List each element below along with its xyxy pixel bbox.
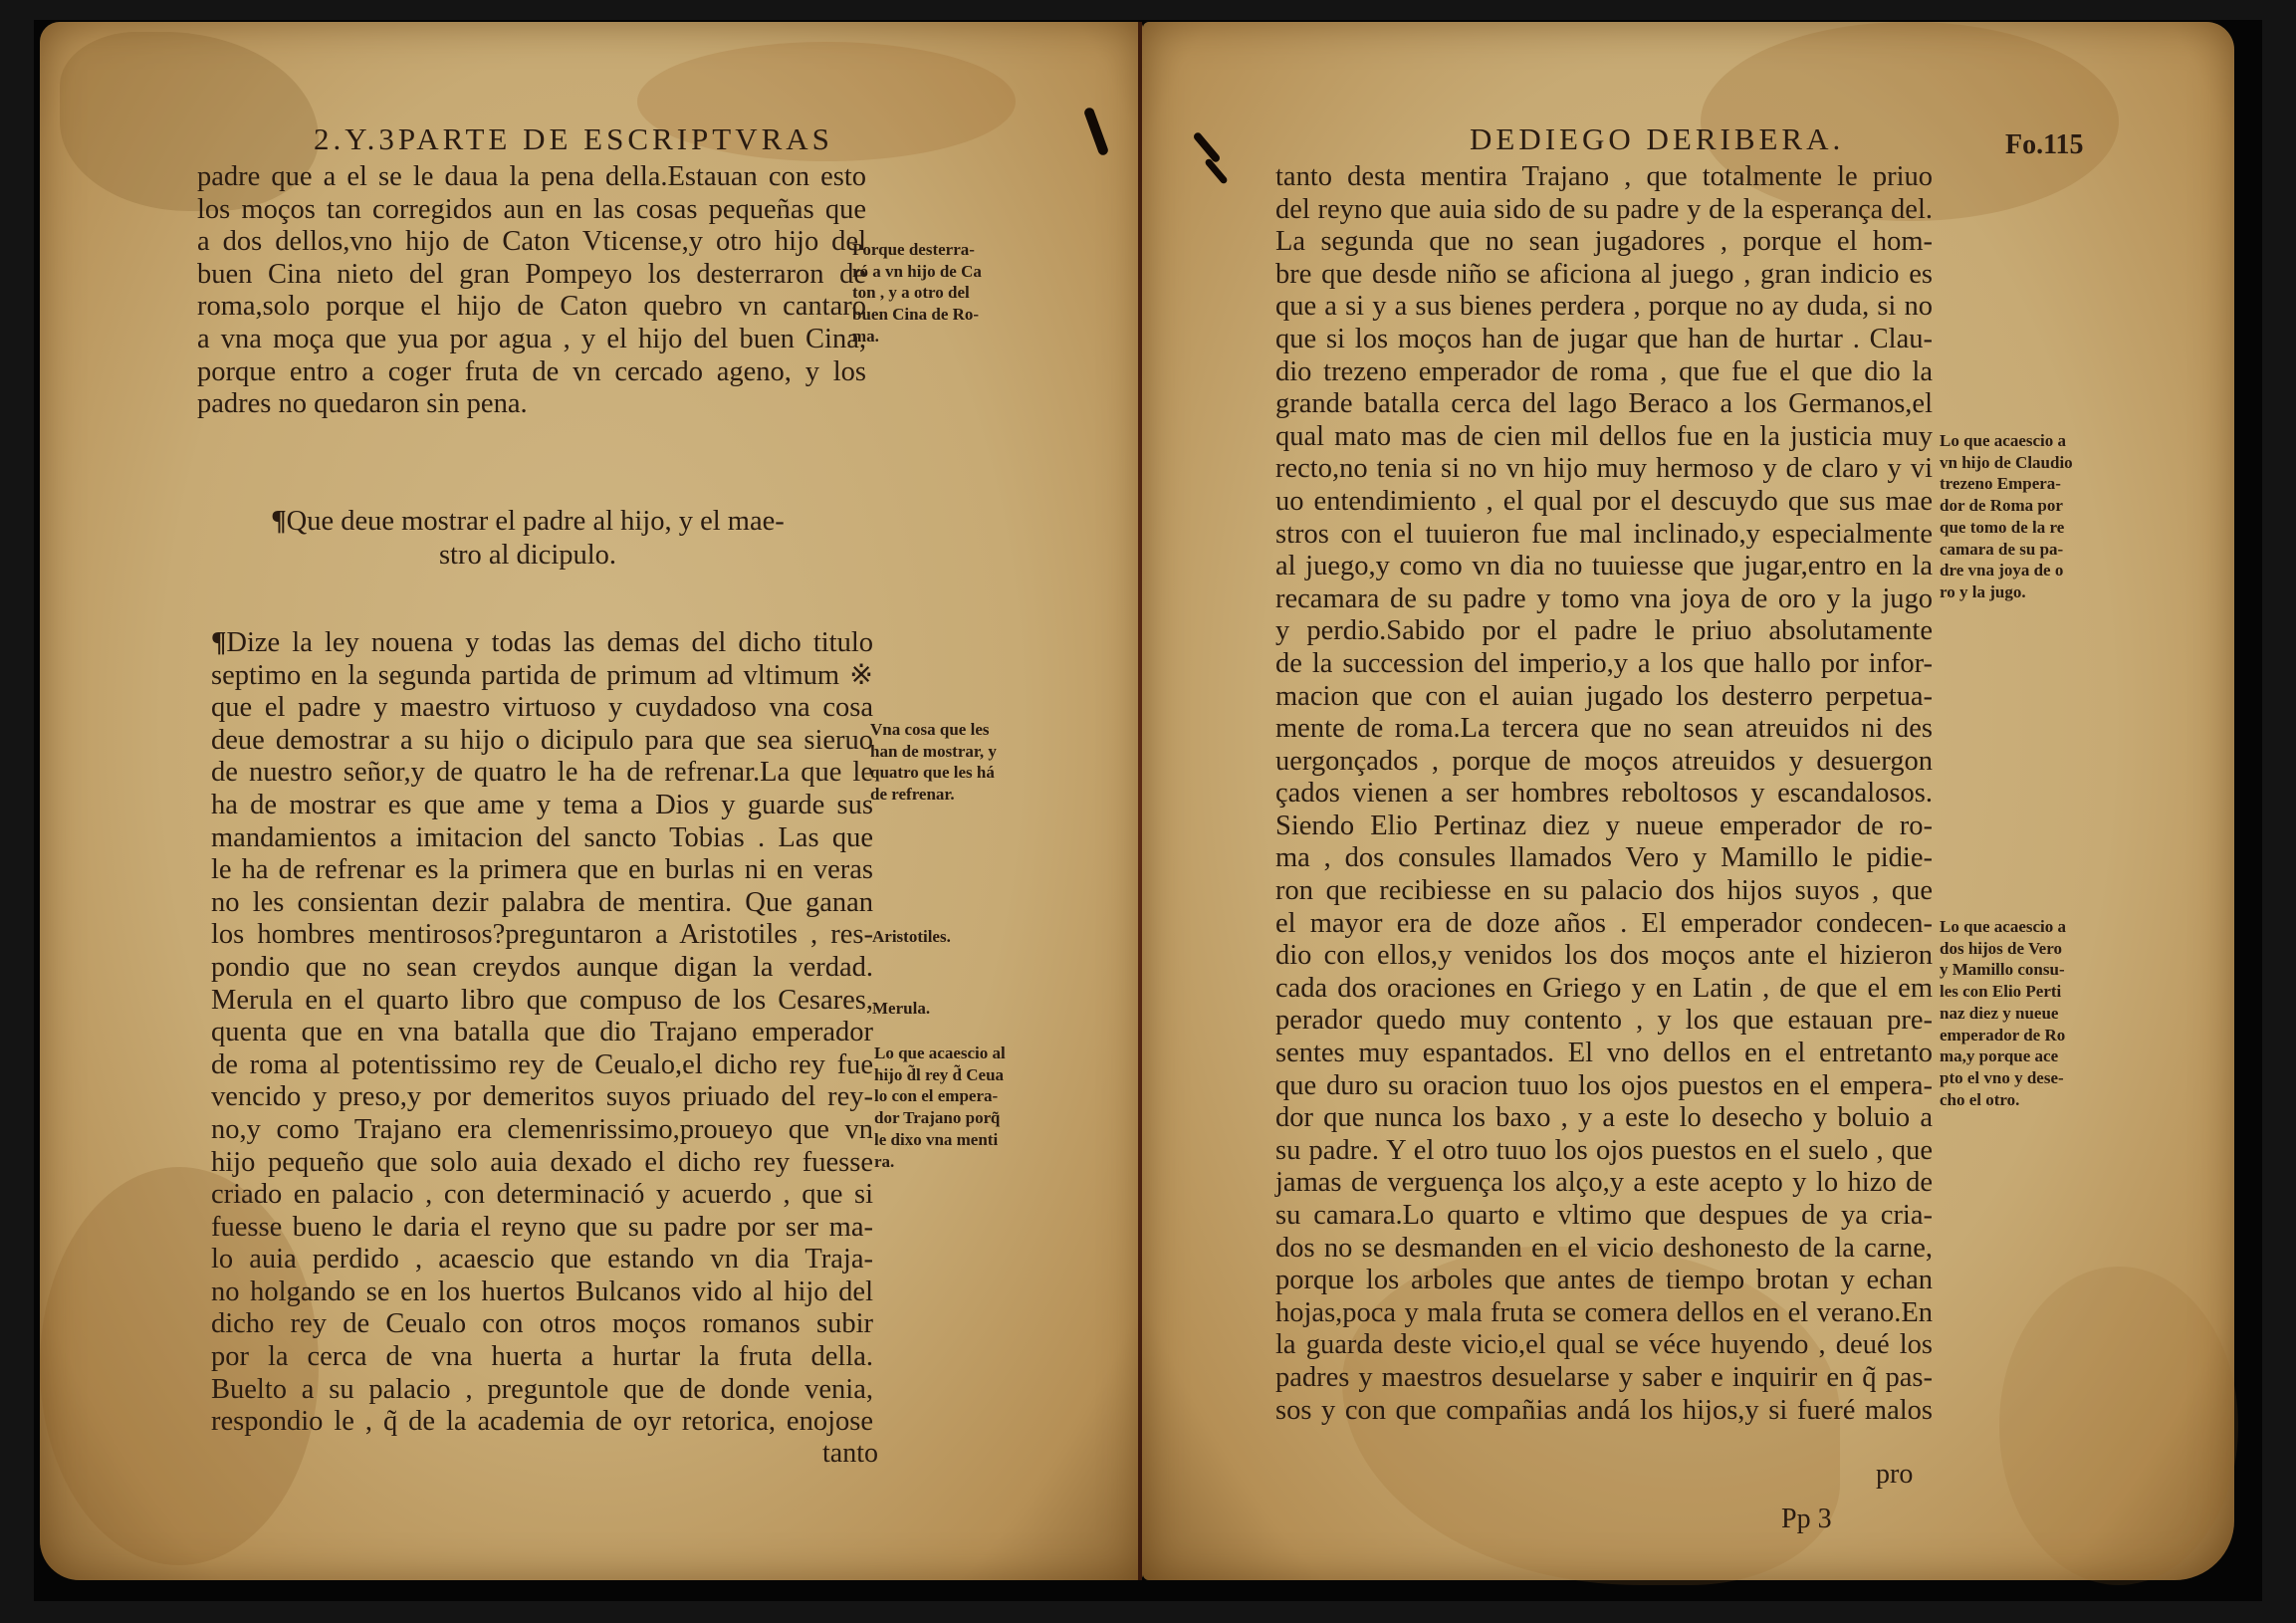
text-line: sos y con que compañias andá los hijos,y…: [1275, 1395, 1933, 1428]
note-line: y Mamillo consu-: [1940, 959, 2066, 981]
text-line: de roma al potentissimo rey de Ceualo,el…: [211, 1049, 873, 1082]
text-line: mandamientos a imitacion del sancto Tobi…: [211, 822, 873, 855]
text-line: respondio le , q̃ de la academia de oyr …: [211, 1406, 873, 1439]
text-line: Buelto a su palacio , preguntole que de …: [211, 1374, 873, 1407]
text-line: grande batalla cerca del lago Beraco a l…: [1275, 388, 1933, 421]
marginal-note: Lo que acaescio a dos hijos de Vero y Ma…: [1940, 916, 2066, 1110]
signature-mark: Pp 3: [1781, 1504, 1832, 1535]
note-line: vn hijo de Claudio: [1940, 452, 2073, 474]
note-line: Aristotiles.: [872, 926, 951, 948]
heading-line: stro al dicipulo.: [249, 539, 806, 573]
marginal-note: Porque desterra- ró a vn hijo de Ca ton …: [852, 239, 982, 348]
text-line: septimo en la segunda partida de primum …: [211, 660, 873, 693]
text-line: los hombres mentirosos?preguntaron a Ari…: [211, 919, 873, 952]
note-line: naz diez y nueue: [1940, 1003, 2066, 1025]
marginal-note: Aristotiles.: [872, 926, 951, 948]
note-line: ró a vn hijo de Ca: [852, 261, 982, 283]
text-line: que el padre y maestro virtuoso y cuydad…: [211, 692, 873, 725]
text-line: roma,solo porque el hijo de Caton quebro…: [197, 291, 866, 324]
note-line: dor Trajano porq̃: [874, 1107, 1006, 1129]
text-line: dor que nunca los baxo , y a este lo des…: [1275, 1102, 1933, 1135]
note-line: lo con el empera-: [874, 1085, 1006, 1107]
note-line: Lo que acaescio al: [874, 1043, 1006, 1064]
note-line: emperador de Ro: [1940, 1025, 2066, 1046]
running-head: 2.Y.3PARTE DE ESCRIPTVRAS: [314, 121, 833, 157]
text-line: que a si y a sus bienes perdera , porque…: [1275, 291, 1933, 324]
text-line: padres y maestros desuelarse y saber e i…: [1275, 1362, 1933, 1395]
note-line: quatro que les há: [870, 762, 997, 784]
text-line: que si los moços han de jugar que han de…: [1275, 324, 1933, 356]
text-line: sentes muy espantados. El vno dellos en …: [1275, 1038, 1933, 1070]
paragraph-2: ¶Dize la ley nouena y todas las demas de…: [211, 627, 873, 1439]
text-line: fuesse bueno le daria el reyno que su pa…: [211, 1212, 873, 1245]
text-line: Dize la ley nouena y todas las demas del…: [226, 627, 873, 658]
text-line: deue demostrar a su hijo o dicipulo para…: [211, 725, 873, 758]
section-heading: ¶Que deue mostrar el padre al hijo, y el…: [249, 505, 806, 573]
note-line: trezeno Empera-: [1940, 473, 2073, 495]
marginal-note: Lo que acaescio a vn hijo de Claudio tre…: [1940, 430, 2073, 603]
text-line: cada dos oraciones en Griego y en Latin …: [1275, 973, 1933, 1006]
text-line: vencido y preso,y por demeritos suyos pr…: [211, 1081, 873, 1114]
text-line: al juego,y como vn dia no tuuiesse que j…: [1275, 551, 1933, 583]
note-line: buen Cina de Ro-: [852, 304, 982, 326]
note-line: ma,y porque ace: [1940, 1045, 2066, 1067]
text-line: la guarda deste vicio,el qual se véce hu…: [1275, 1329, 1933, 1362]
text-line: çados vienen a ser hombres reboltosos y …: [1275, 778, 1933, 811]
book-gutter: [1138, 22, 1142, 1580]
text-line: bre que desde niño se aficiona al juego …: [1275, 259, 1933, 292]
text-line: dio con ellos,y venidos los dos moços an…: [1275, 940, 1933, 973]
note-line: les con Elio Perti: [1940, 981, 2066, 1003]
text-line: lo auia perdido , acaescio que estando v…: [211, 1244, 873, 1276]
text-line: a dos dellos,vno hijo de Caton Vticense,…: [197, 226, 866, 259]
text-line: su camara.Lo quarto e vltimo que despues…: [1275, 1200, 1933, 1233]
text-line: de nuestro señor,y de quatro le ha de re…: [211, 757, 873, 790]
text-line: macion que con el auian jugado los deste…: [1275, 681, 1933, 714]
text-line: dicho rey de Ceualo con otros moços roma…: [211, 1308, 873, 1341]
note-line: camara de su pa-: [1940, 539, 2073, 561]
note-line: cho el otro.: [1940, 1089, 2066, 1111]
running-head: DEDIEGO DERIBERA.: [1470, 121, 1844, 157]
text-line: jamas de verguença los alço,y a este ace…: [1275, 1167, 1933, 1200]
text-line: buen Cina nieto del gran Pompeyo los des…: [197, 259, 866, 292]
text-line: criado en palacio , con determinació y a…: [211, 1179, 873, 1212]
text-line: su padre. Y el otro tuuo los ojos puesto…: [1275, 1135, 1933, 1168]
text-line: Merula en el quarto libro que compuso de…: [211, 985, 873, 1018]
text-line: uo entendimiento , el qual por el descuy…: [1275, 486, 1933, 519]
right-page: DEDIEGO DERIBERA. Fo.115 tanto desta men…: [1143, 22, 2234, 1580]
marginal-note: Lo que acaescio al hijo d̃l rey d̃ Ceua …: [874, 1043, 1006, 1172]
text-line: La segunda que no sean jugadores , porqu…: [1275, 226, 1933, 259]
marginal-note: Merula.: [872, 998, 930, 1020]
text-line: mente de roma.La tercera que no sean atr…: [1275, 713, 1933, 746]
note-line: Lo que acaescio a: [1940, 916, 2066, 938]
note-line: Vna cosa que les: [870, 719, 997, 741]
text-line: ron que recibiesse en su palacio dos hij…: [1275, 875, 1933, 908]
text-line: no holgando se en los huertos Bulcanos v…: [211, 1276, 873, 1309]
text-line: no les consientan dezir palabra de menti…: [211, 887, 873, 920]
text-line: dio trezeno emperador de roma , que fue …: [1275, 356, 1933, 389]
text-line: que duro su oracion tuuo los ojos puesto…: [1275, 1070, 1933, 1103]
note-line: dor de Roma por: [1940, 495, 2073, 517]
text-line: stros con el tuuieron fue mal inclinado,…: [1275, 519, 1933, 552]
text-line: quenta que en vna batalla que dio Trajan…: [211, 1017, 873, 1049]
text-line: por la cerca de vna huerta a hurtar la f…: [211, 1341, 873, 1374]
note-line: le dixo vna menti: [874, 1129, 1006, 1151]
note-line: dre vna joya de o: [1940, 560, 2073, 581]
text-line: los moços tan corregidos aun en las cosa…: [197, 194, 866, 227]
text-line: de la succession del imperio,y a los que…: [1275, 648, 1933, 681]
text-line: recto,no tenia si no vn hijo muy hermoso…: [1275, 453, 1933, 486]
note-line: ton , y a otro del: [852, 282, 982, 304]
text-line: porque entro a coger fruta de vn cercado…: [197, 356, 866, 389]
text-line: perador quedo muy contento , y los que e…: [1275, 1005, 1933, 1038]
catchword: pro: [1876, 1459, 1913, 1491]
text-line: qual mato mas de cien mil dellos fue en …: [1275, 421, 1933, 454]
marginal-note: Vna cosa que les han de mostrar, y quatr…: [870, 719, 997, 806]
note-line: han de mostrar, y: [870, 741, 997, 763]
text-line: porque los arboles que antes de tiempo b…: [1275, 1265, 1933, 1297]
paragraph-1: padre que a el se le daua la pena della.…: [197, 161, 866, 421]
note-line: Lo que acaescio a: [1940, 430, 2073, 452]
text-line: dos no se desmanden en el vicio deshones…: [1275, 1233, 1933, 1266]
note-line: pto el vno y dese-: [1940, 1067, 2066, 1089]
text-line: Siendo Elio Pertinaz diez y nueue empera…: [1275, 811, 1933, 843]
text-line: hojas,poca y mala fruta se comera dellos…: [1275, 1297, 1933, 1330]
text-line: hijo pequeño que solo auia dexado el dic…: [211, 1147, 873, 1180]
note-line: ma.: [852, 326, 982, 348]
text-line: padre que a el se le daua la pena della.…: [197, 161, 866, 194]
text-line: el mayor era de doze años . El emperador…: [1275, 908, 1933, 941]
text-line: ma , dos consules llamados Vero y Mamill…: [1275, 842, 1933, 875]
heading-line: Que deue mostrar el padre al hijo, y el …: [287, 506, 785, 537]
pilcrow-icon: ¶: [211, 627, 226, 658]
note-line: ra.: [874, 1151, 1006, 1173]
text-line: pondio que no sean creydos aunque digan …: [211, 952, 873, 985]
text-line: ha de mostrar es que ame y tema a Dios y…: [211, 790, 873, 822]
text-line: tanto desta mentira Trajano , que totalm…: [1275, 161, 1933, 194]
note-line: hijo d̃l rey d̃ Ceua: [874, 1064, 1006, 1086]
text-line: a vna moça que yua por agua , y el hijo …: [197, 324, 866, 356]
text-line: recamara de su padre y tomo vna joya de …: [1275, 583, 1933, 616]
pilcrow-icon: ¶: [271, 506, 286, 537]
text-line: del reyno que auia sido de su padre y de…: [1275, 194, 1933, 227]
text-line: le ha de refrenar es la primera que en b…: [211, 854, 873, 887]
note-line: Merula.: [872, 998, 930, 1020]
text-line: padres no quedaron sin pena.: [197, 388, 866, 421]
note-line: ro y la jugo.: [1940, 581, 2073, 603]
left-page: 2.Y.3PARTE DE ESCRIPTVRAS padre que a el…: [40, 22, 1143, 1580]
main-text: tanto desta mentira Trajano , que totalm…: [1275, 161, 1933, 1427]
folio-number: Fo.115: [2005, 129, 2084, 161]
note-line: de refrenar.: [870, 784, 997, 806]
text-line: no,y como Trajano era clemenrissimo,prou…: [211, 1114, 873, 1147]
note-line: Porque desterra-: [852, 239, 982, 261]
note-line: que tomo de la re: [1940, 517, 2073, 539]
catchword: tanto: [822, 1438, 878, 1470]
text-line: uergonçados , porque de moços atreuidos …: [1275, 746, 1933, 779]
note-line: dos hijos de Vero: [1940, 938, 2066, 960]
text-line: y perdio.Sabido por el padre le priuo ab…: [1275, 615, 1933, 648]
